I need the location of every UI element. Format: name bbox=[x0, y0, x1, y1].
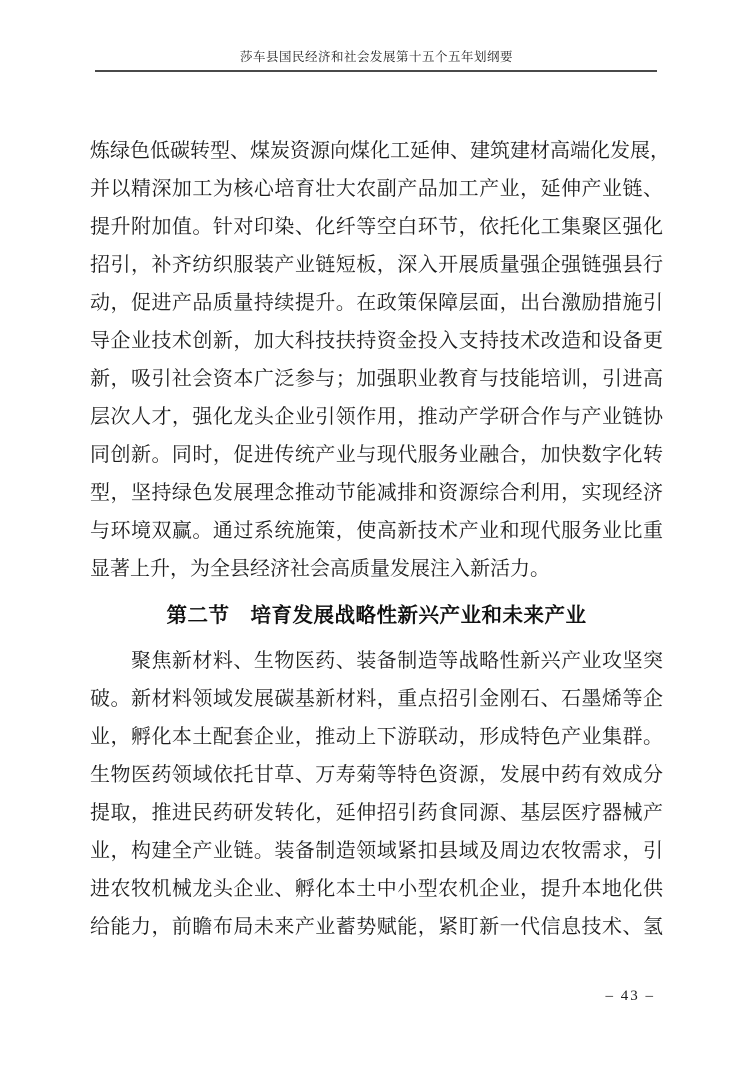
text-line: 业，构建全产业链。装备制造领域紧扣县域及周边农牧需求，引 bbox=[90, 832, 663, 870]
running-header-title: 莎车县国民经济和社会发展第十五个五年划纲要 bbox=[0, 47, 753, 65]
header-rule bbox=[95, 70, 657, 72]
text-line: 炼绿色低碳转型、煤炭资源向煤化工延伸、建筑建材高端化发展， bbox=[90, 132, 663, 170]
page-body: 炼绿色低碳转型、煤炭资源向煤化工延伸、建筑建材高端化发展，并以精深加工为核心培育… bbox=[90, 132, 663, 946]
text-line: 给能力，前瞻布局未来产业蓄势赋能，紧盯新一代信息技术、氢 bbox=[90, 908, 663, 946]
text-line: 显著上升，为全县经济社会高质量发展注入新活力。 bbox=[90, 550, 663, 588]
text-line: 业，孵化本土配套企业，推动上下游联动，形成特色产业集群。 bbox=[90, 718, 663, 756]
paragraph: 聚焦新材料、生物医药、装备制造等战略性新兴产业攻坚突破。新材料领域发展碳基新材料… bbox=[90, 642, 663, 946]
text-line: 导企业技术创新，加大科技扶持资金投入支持技术改造和设备更 bbox=[90, 322, 663, 360]
text-line: 同创新。同时，促进传统产业与现代服务业融合，加快数字化转 bbox=[90, 436, 663, 474]
text-line: 动，促进产品质量持续提升。在政策保障层面，出台激励措施引 bbox=[90, 284, 663, 322]
paragraph-continuation: 炼绿色低碳转型、煤炭资源向煤化工延伸、建筑建材高端化发展，并以精深加工为核心培育… bbox=[90, 132, 663, 588]
text-line: 提取，推进民药研发转化，延伸招引药食同源、基层医疗器械产 bbox=[90, 794, 663, 832]
text-line: 生物医药领域依托甘草、万寿菊等特色资源，发展中药有效成分 bbox=[90, 756, 663, 794]
text-line: 与环境双赢。通过系统施策，使高新技术产业和现代服务业比重 bbox=[90, 512, 663, 550]
text-line: 并以精深加工为核心培育壮大农副产品加工产业，延伸产业链、 bbox=[90, 170, 663, 208]
section-heading: 第二节 培育发展战略性新兴产业和未来产业 bbox=[90, 596, 663, 636]
text-line: 提升附加值。针对印染、化纤等空白环节，依托化工集聚区强化 bbox=[90, 208, 663, 246]
text-line: 型，坚持绿色发展理念推动节能减排和资源综合利用，实现经济 bbox=[90, 474, 663, 512]
text-line: 进农牧机械龙头企业、孵化本土中小型农机企业，提升本地化供 bbox=[90, 870, 663, 908]
document-page: 莎车县国民经济和社会发展第十五个五年划纲要 炼绿色低碳转型、煤炭资源向煤化工延伸… bbox=[0, 0, 753, 1066]
page-number: – 43 – bbox=[606, 988, 656, 1005]
text-line: 聚焦新材料、生物医药、装备制造等战略性新兴产业攻坚突 bbox=[90, 642, 663, 680]
text-line: 层次人才，强化龙头企业引领作用，推动产学研合作与产业链协 bbox=[90, 398, 663, 436]
text-line: 新，吸引社会资本广泛参与；加强职业教育与技能培训，引进高 bbox=[90, 360, 663, 398]
text-line: 破。新材料领域发展碳基新材料，重点招引金刚石、石墨烯等企 bbox=[90, 680, 663, 718]
text-line: 招引，补齐纺织服装产业链短板，深入开展质量强企强链强县行 bbox=[90, 246, 663, 284]
